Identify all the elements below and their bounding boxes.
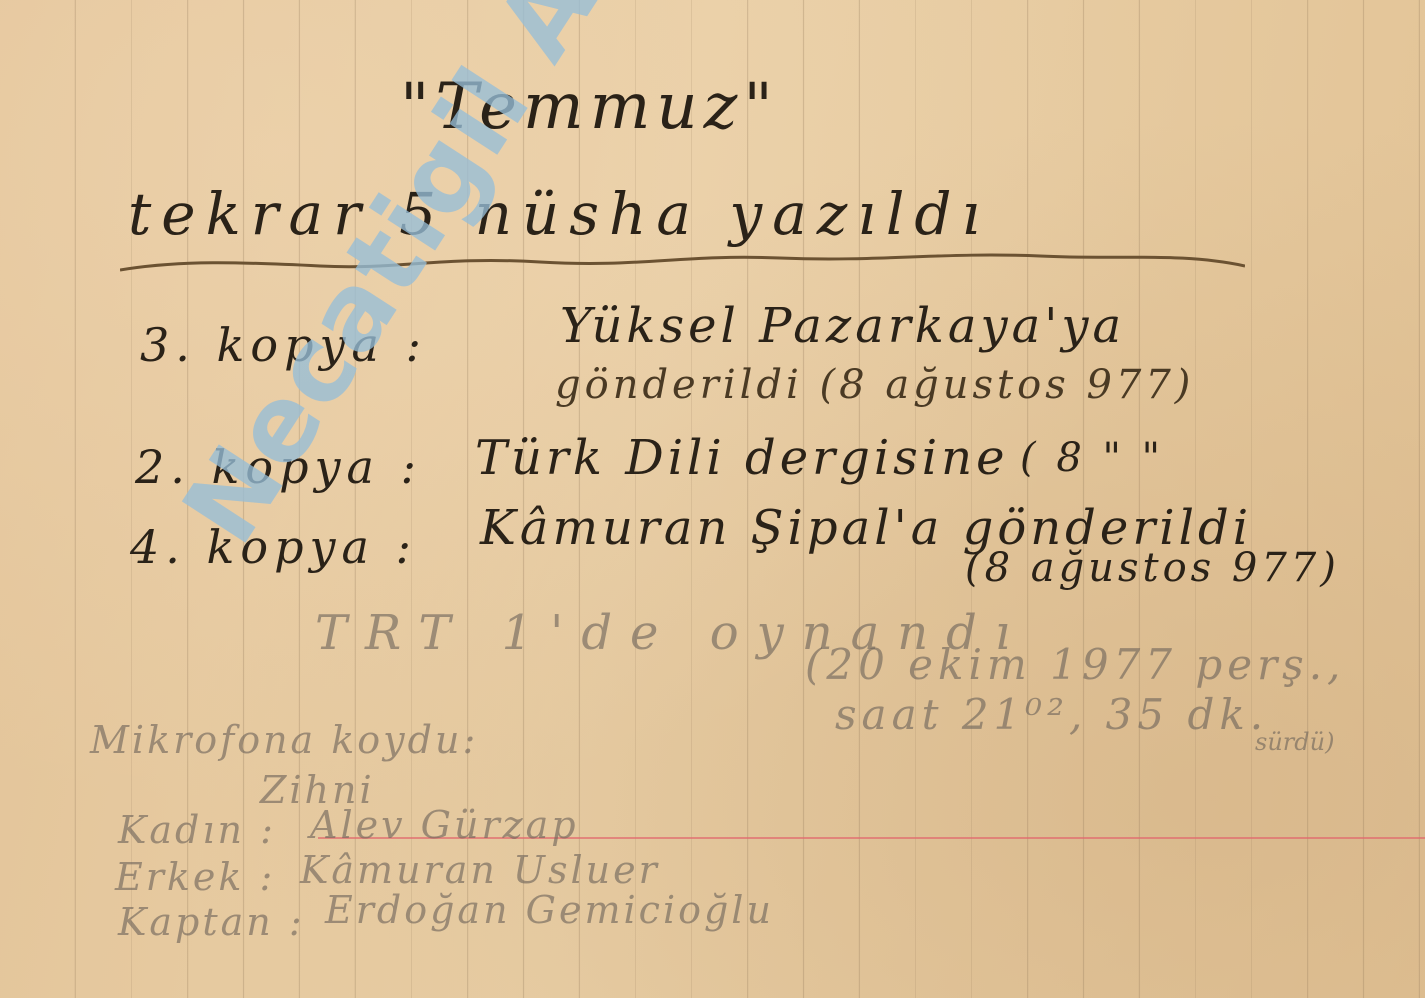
credit-role-name: Kâmuran Usluer xyxy=(300,848,660,892)
broadcast-time: saat 21⁰², 35 dk. xyxy=(835,690,1268,739)
credit-role-label: Kadın : xyxy=(118,808,276,852)
credits-heading: Mikrofona koydu: xyxy=(90,718,478,762)
wavy-underline xyxy=(120,248,1245,278)
broadcast-duration-word: sürdü) xyxy=(1255,728,1334,756)
scanned-document: "Temmuz" tekrar 5 nüsha yazıldı 3. kopya… xyxy=(0,0,1425,998)
credit-role-name: Alev Gürzap xyxy=(310,803,579,847)
copy-4-note: (8 ağustos 977) xyxy=(965,545,1340,591)
credit-role-label: Kaptan : xyxy=(118,900,305,944)
copy-2-recipient: Türk Dili dergisine xyxy=(475,430,1008,486)
copy-3-note: gönderildi (8 ağustos 977) xyxy=(555,362,1194,408)
credit-role-label: Erkek : xyxy=(115,855,275,899)
credit-role-name: Erdoğan Gemicioğlu xyxy=(325,888,774,932)
copy-2-note: ( 8 " " xyxy=(1020,435,1164,481)
copy-3-recipient: Yüksel Pazarkaya'ya xyxy=(560,298,1125,354)
document-subtitle: tekrar 5 nüsha yazıldı xyxy=(128,180,990,248)
broadcast-date: (20 ekim 1977 perş., xyxy=(805,640,1345,689)
